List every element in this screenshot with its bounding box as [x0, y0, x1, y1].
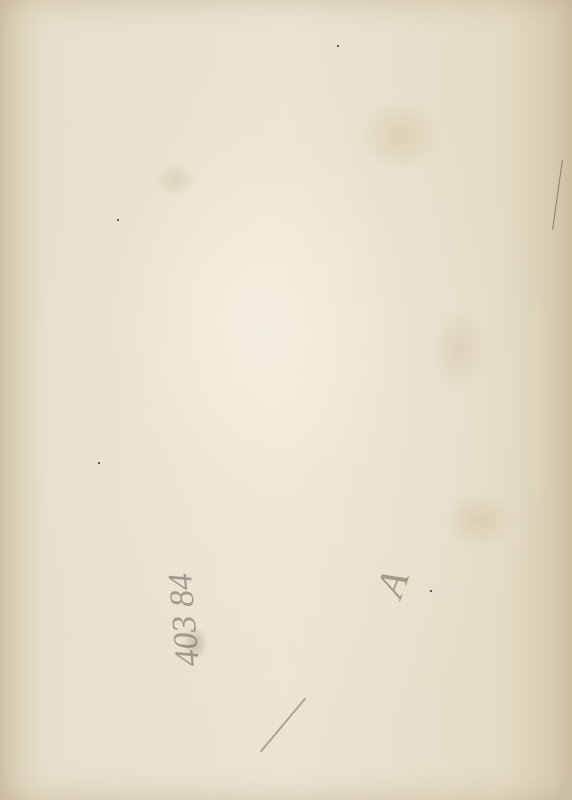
- pencil-stroke: [260, 698, 307, 753]
- pencil-mark: A: [366, 564, 419, 603]
- speck: [98, 462, 100, 464]
- speck: [337, 45, 339, 47]
- paper-page: 403 84 A: [0, 0, 572, 800]
- corner-fold: [554, 770, 572, 800]
- pencil-annotation: 403 84: [162, 572, 208, 668]
- edge-shading: [0, 0, 572, 800]
- paper-tear: [552, 160, 572, 230]
- speck: [117, 219, 119, 221]
- speck: [430, 590, 432, 592]
